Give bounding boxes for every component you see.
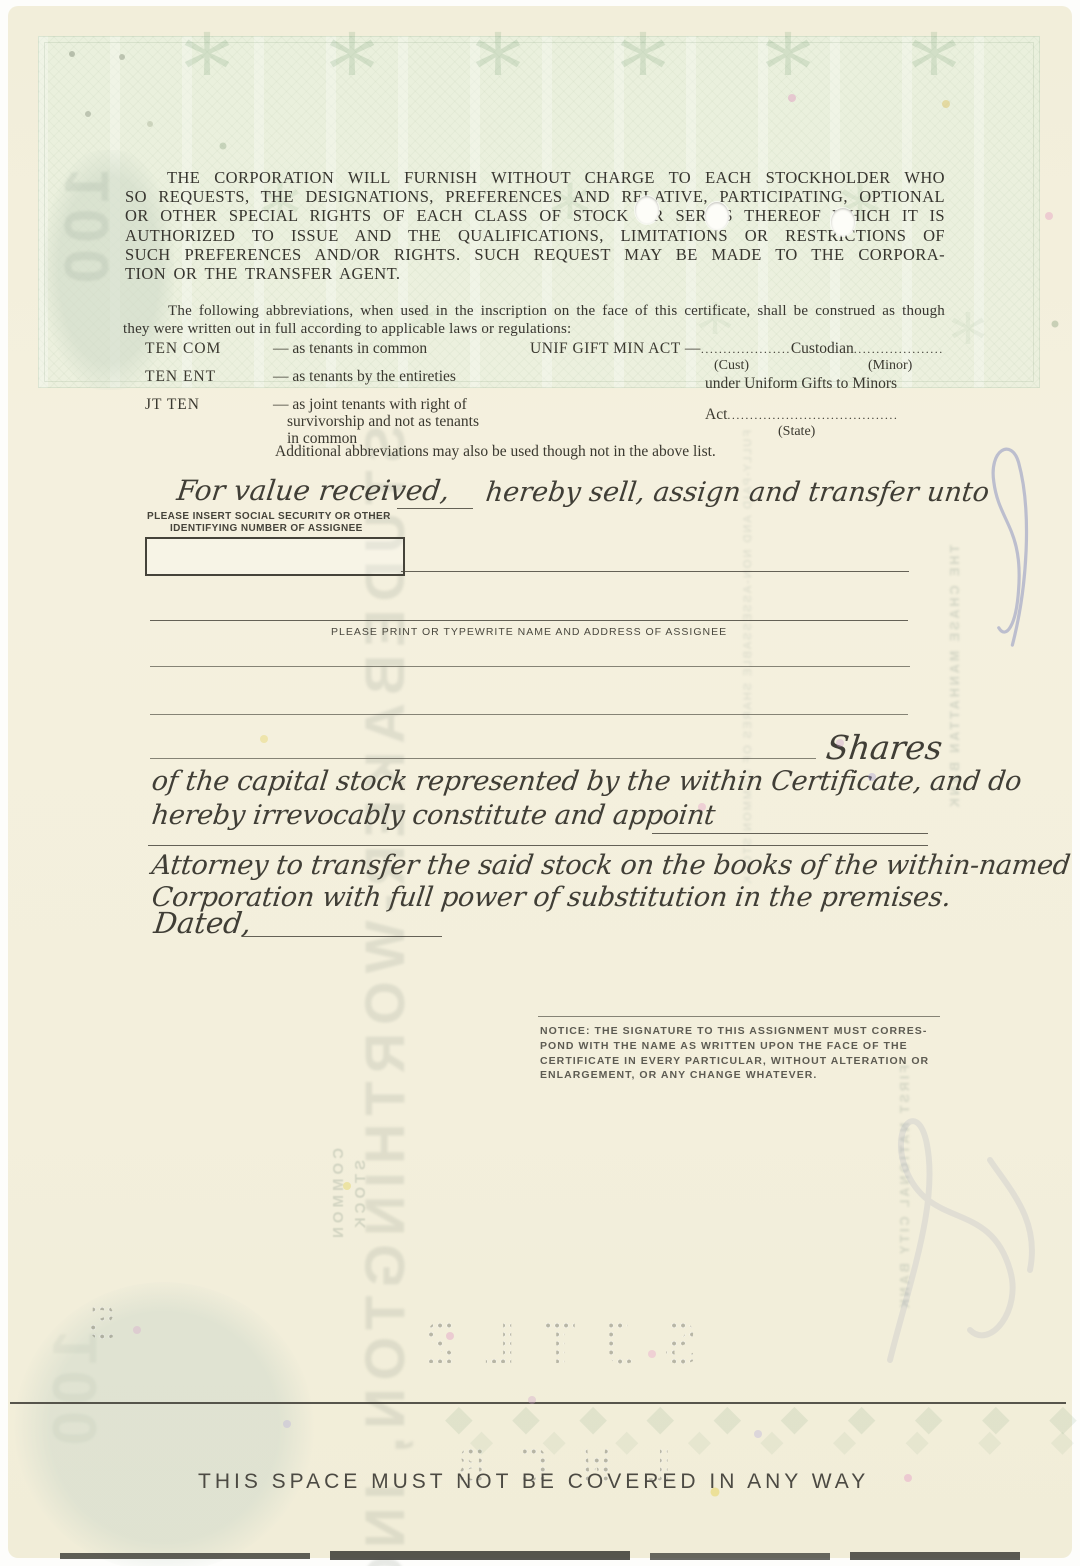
punch-hole [831, 208, 855, 236]
notice-line-text: THE SIGNATURE TO THIS ASSIGNMENT MUST CO… [594, 1025, 927, 1037]
assignee-name-line [150, 620, 908, 621]
dated-script: Dated, [152, 906, 253, 940]
abbrev-ten-com-def: — as tenants in common [273, 340, 427, 358]
signature-line [538, 1016, 940, 1017]
print-typewrite-label: PLEASE PRINT OR TYPEWRITE NAME AND ADDRE… [331, 626, 727, 638]
scan-edge-artifact [650, 1553, 830, 1560]
ssn-instruction-line2: IDENTIFYING NUMBER OF ASSIGNEE [170, 523, 363, 534]
scan-edge-artifact [850, 1552, 1020, 1560]
furnish-line: AUTHORIZED TO ISSUE AND THE QUALIFICATIO… [125, 226, 945, 245]
furnish-line: SO REQUESTS, THE DESIGNATIONS, PREFERENC… [125, 187, 945, 206]
abbrev-jt-ten-def: — as joint tenants with right of [273, 396, 467, 414]
furnish-line: THE CORPORATION WILL FURNISH WITHOUT CHA… [125, 168, 945, 187]
assignee-name-line [401, 571, 909, 572]
abbrev-ten-com: TEN COM [145, 340, 221, 358]
sell-assign-transfer-script: hereby sell, assign and transfer unto [484, 477, 991, 508]
dotted-leader: .................... [854, 342, 944, 356]
assignee-address-line [150, 714, 908, 715]
shares-count-line [150, 758, 816, 759]
act-row: Act.....................................… [705, 406, 898, 424]
furnish-paragraph: THE CORPORATION WILL FURNISH WITHOUT CHA… [125, 168, 945, 283]
scan-edge-artifact [60, 1553, 310, 1559]
additional-abbrev-note: Additional abbreviations may also be use… [275, 443, 716, 461]
act-label: Act [705, 406, 727, 423]
paper-speckles [0, 0, 4, 4]
furnish-line: SUCH PREFERENCES AND/OR RIGHTS. SUCH REQ… [125, 245, 945, 264]
ghost-signature-bleed [850, 1080, 1070, 1380]
notice-line: POND WITH THE NAME AS WRITTEN UPON THE F… [540, 1039, 944, 1054]
notice-block: NOTICE: THE SIGNATURE TO THIS ASSIGNMENT… [540, 1024, 944, 1083]
ghost-denomination-100: 100 [40, 1330, 111, 1530]
pencil-checkmark-loop [955, 440, 1045, 650]
attorney-name-line [652, 833, 928, 834]
unif-gift-label: UNIF GIFT MIN ACT — [530, 340, 701, 357]
dotted-leader: ...................................... [727, 408, 898, 422]
notice-line: CERTIFICATE IN EVERY PARTICULAR, WITHOUT… [540, 1054, 944, 1069]
scanned-stock-certificate-back: * * * * * * * * * * * * 100 100 STUDEBAK… [0, 0, 1080, 1566]
cancellation-punch-letters: SJTL2 [398, 1312, 697, 1377]
abbrev-intro-line: The following abbreviations, when used i… [123, 303, 945, 321]
attorney-script-line1: Attorney to transfer the said stock on t… [150, 850, 1072, 881]
for-value-received-script: For value received, [175, 474, 451, 507]
dotted-leader: .................... [701, 342, 791, 356]
date-line [242, 936, 442, 937]
appoint-script: hereby irrevocably constitute and appoin… [150, 800, 717, 831]
abbreviation-intro: The following abbreviations, when used i… [123, 303, 945, 338]
abbrev-ten-ent-def: — as tenants by the entireties [273, 368, 456, 386]
assignee-address-line [150, 666, 910, 667]
abbrev-ten-ent: TEN ENT [145, 368, 216, 386]
punch-hole [705, 202, 729, 230]
unif-cust-caption: (Cust) [714, 358, 749, 374]
act-state-caption: (State) [778, 424, 815, 440]
furnish-line: OR OTHER SPECIAL RIGHTS OF EACH CLASS OF… [125, 206, 945, 225]
scan-edge-artifact [330, 1551, 630, 1560]
capital-stock-script: of the capital stock represented by the … [150, 766, 1023, 797]
ghost-common-word: COMMON [330, 1148, 347, 1338]
unif-custodian: Custodian [791, 340, 854, 357]
ssn-instruction-line1: PLEASE INSERT SOCIAL SECURITY OR OTHER [147, 511, 391, 522]
furnish-line: TION OR THE TRANSFER AGENT. [125, 264, 945, 283]
ghost-denomination-100: 100 [52, 168, 123, 378]
ghost-stock-word: STOCK [352, 1160, 369, 1320]
abbrev-jt-ten-def2: survivorship and not as tenants [287, 413, 479, 431]
attorney-script-line2: Corporation with full power of substitut… [150, 882, 953, 913]
unif-gift-row: UNIF GIFT MIN ACT —....................C… [530, 340, 944, 358]
punch-hole [635, 196, 659, 224]
ssn-entry-box [145, 537, 405, 576]
shares-word-script: Shares [824, 728, 945, 767]
footer-warning-text: THIS SPACE MUST NOT BE COVERED IN ANY WA… [198, 1470, 869, 1494]
abbrev-jt-ten: JT TEN [145, 396, 200, 414]
unif-minor-caption: (Minor) [868, 358, 912, 374]
abbrev-intro-line: they were written out in full according … [123, 321, 945, 339]
blank-line [397, 508, 473, 509]
attorney-name-line [148, 845, 928, 846]
unif-under-line: under Uniform Gifts to Minors [705, 375, 897, 393]
cancellation-punch-letters: S [84, 1296, 116, 1350]
diamond-ornament-row: ◆ ◆ ◆ ◆ ◆ ◆ ◆ ◆ ◆ ◆ ◆ [470, 1424, 1080, 1459]
notice-label: NOTICE: [540, 1025, 591, 1037]
notice-line: NOTICE: THE SIGNATURE TO THIS ASSIGNMENT… [540, 1024, 944, 1039]
ghost-shares-legend: FULLY-PAID AND NON-ASSESSABLE SHARES OF … [742, 430, 754, 1000]
